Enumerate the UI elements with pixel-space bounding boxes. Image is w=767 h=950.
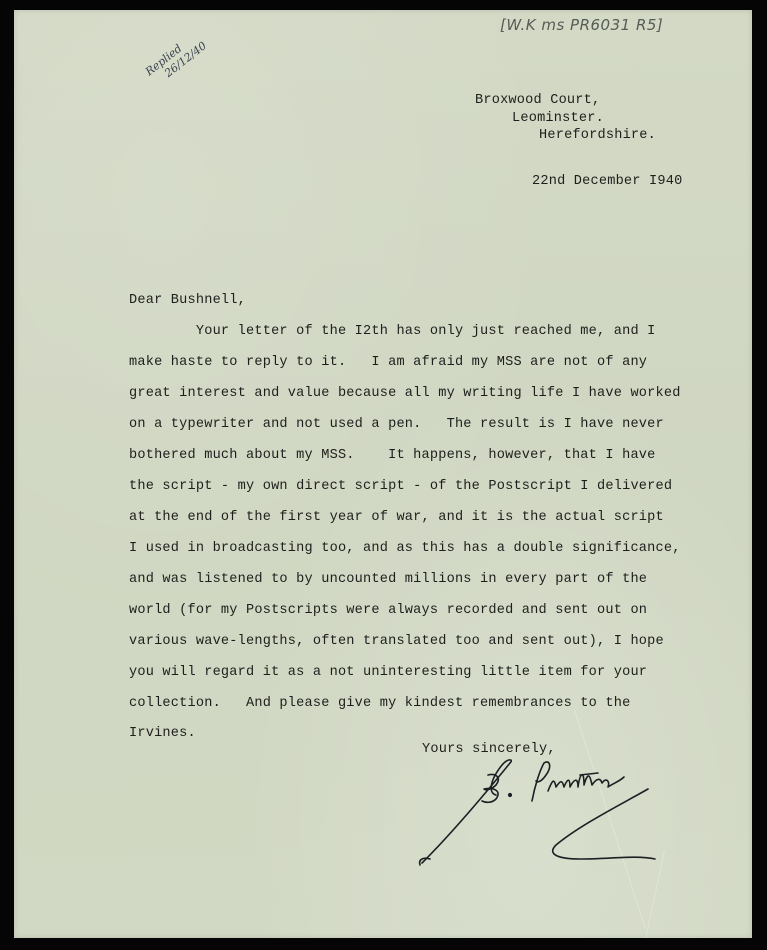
body-line: on a typewriter and not used a pen. The … bbox=[129, 417, 664, 432]
body-line: world (for my Postscripts were always re… bbox=[129, 603, 647, 618]
body-line: at the end of the first year of war, and… bbox=[129, 510, 664, 525]
body-line: great interest and value because all my … bbox=[129, 386, 681, 401]
body-line: collection. And please give my kindest r… bbox=[129, 696, 630, 711]
body-line: the script - my own direct script - of t… bbox=[129, 479, 672, 494]
archive-reference: [W.K ms PR6031 R5] bbox=[500, 16, 663, 34]
body-line: I used in broadcasting too, and as this … bbox=[129, 541, 681, 556]
handwritten-signature bbox=[410, 755, 670, 875]
body-line: make haste to reply to it. I am afraid m… bbox=[129, 355, 647, 370]
body-line: Irvines. bbox=[129, 726, 196, 741]
body-line: you will regard it as a not uninterestin… bbox=[129, 665, 647, 680]
sender-address-line-1: Broxwood Court, bbox=[475, 93, 600, 108]
body-line: bothered much about my MSS. It happens, … bbox=[129, 448, 656, 463]
body-line: various wave-lengths, often translated t… bbox=[129, 634, 664, 649]
letter-date: 22nd December I940 bbox=[532, 174, 682, 189]
body-line: and was listened to by uncounted million… bbox=[129, 572, 647, 587]
body-line: Your letter of the I2th has only just re… bbox=[129, 324, 656, 339]
sender-address-line-2: Leominster. bbox=[512, 111, 604, 126]
sender-address-line-3: Herefordshire. bbox=[539, 128, 656, 143]
salutation: Dear Bushnell, bbox=[129, 293, 246, 308]
